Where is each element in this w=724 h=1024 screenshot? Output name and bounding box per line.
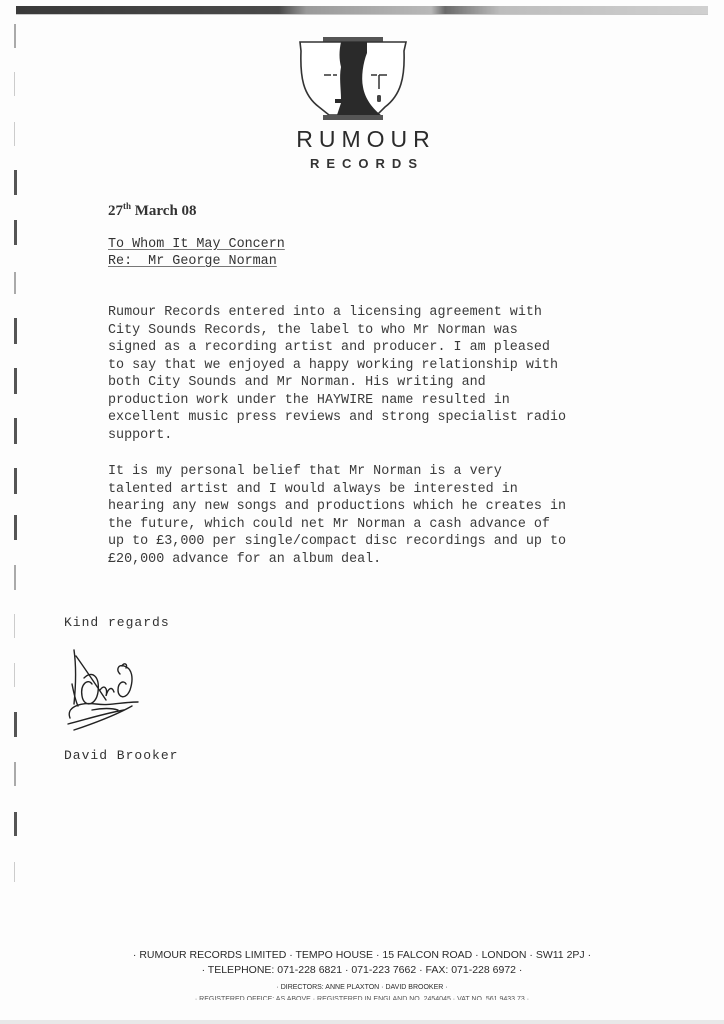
brand-name: RUMOUR [0,126,724,153]
body-paragraph-2: It is my personal belief that Mr Norman … [108,463,638,568]
scan-edge-mark [14,862,15,882]
salutation-subject: Re: Mr George Norman [108,253,285,270]
letterhead-footer: · RUMOUR RECORDS LIMITED · TEMPO HOUSE ·… [0,948,724,1000]
date-month-year: March 08 [131,203,197,219]
scan-edge-mark [14,663,15,687]
scan-edge-mark [14,614,15,638]
scan-edge-mark [14,368,17,394]
scan-edge-mark [14,712,17,737]
scan-edge-mark [14,72,15,96]
scan-edge-mark [14,812,17,836]
scan-edge-mark [14,220,17,245]
date-suffix: th [123,201,131,211]
scan-edge-mark [14,565,16,590]
scan-edge-mark [14,170,17,195]
closing: Kind regards [64,615,170,630]
signatory-name: David Brooker [64,748,178,763]
scan-edge-mark [14,24,16,48]
body-paragraph-1: Rumour Records entered into a licensing … [108,304,638,444]
scan-edge-mark [14,318,17,344]
scan-edge-mark [14,468,17,494]
footer-telephone: · TELEPHONE: 071-228 6821 · 071-223 7662… [0,963,724,978]
scan-edge-mark [14,515,17,540]
footer-directors: · DIRECTORS: ANNE PLAXTON · DAVID BROOKE… [0,981,724,995]
two-faces-logo-icon [297,37,409,123]
footer-registration: · REGISTERED OFFICE: AS ABOVE · REGISTER… [0,995,724,1000]
scan-edge-mark [14,418,17,444]
scan-edge-mark [14,272,16,294]
scan-top-border [16,6,708,15]
scan-edge-mark [14,762,16,786]
scan-bottom-edge [0,1020,724,1024]
salutation-addressee: To Whom It May Concern [108,236,285,253]
salutation: To Whom It May Concern Re: Mr George Nor… [108,236,285,270]
footer-address: · RUMOUR RECORDS LIMITED · TEMPO HOUSE ·… [0,948,724,963]
brand-subtitle: RECORDS [0,156,724,171]
letter-date: 27th March 08 [108,201,197,220]
date-day: 27 [108,203,123,219]
signature-icon [62,644,158,738]
